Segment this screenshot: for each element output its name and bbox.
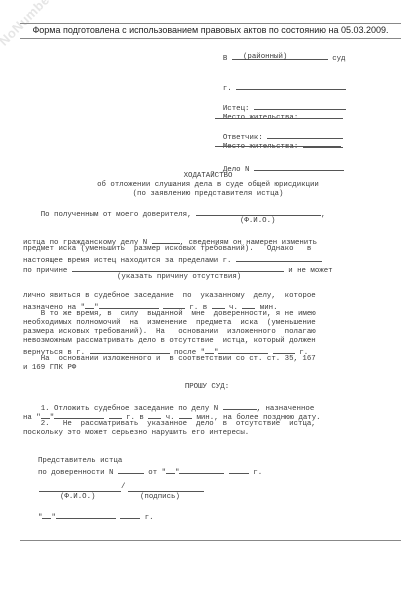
city-field: г.	[214, 72, 346, 94]
footer-divider	[20, 540, 401, 541]
request-item2-line2: поскольку это может серьезно нарушить ег…	[23, 429, 249, 439]
hearing-year-input[interactable]	[163, 301, 185, 309]
poa-month-input[interactable]	[179, 466, 224, 474]
civil-case-number-input[interactable]	[152, 236, 180, 244]
signature-hint: (подпись)	[140, 493, 180, 503]
request-month-input[interactable]	[54, 411, 104, 419]
court-hint: (районный)	[243, 53, 287, 63]
signer-fio-hint: (Ф.И.О.)	[60, 493, 95, 503]
signature-input[interactable]	[128, 491, 204, 492]
body-p1-line1: По полученным от моего доверителя, ,	[23, 208, 325, 221]
city-input[interactable]	[236, 82, 346, 90]
sign-year-input[interactable]	[120, 511, 140, 519]
sign-month-input[interactable]	[56, 511, 116, 519]
power-of-attorney-field: по доверенности N от "" г.	[38, 466, 262, 479]
request-year-input[interactable]	[109, 411, 122, 419]
request-minute-input[interactable]	[179, 411, 192, 419]
return-month-input[interactable]	[218, 346, 268, 354]
signature-date-field: "" г.	[38, 511, 154, 524]
hearing-day-input[interactable]	[85, 301, 94, 309]
fio-hint: (Ф.И.О.)	[240, 217, 275, 227]
request-hour-input[interactable]	[148, 411, 161, 419]
hearing-minute-input[interactable]	[242, 301, 255, 309]
form-notice: Форма подготовлена с использованием прав…	[20, 25, 401, 35]
request-case-number-input[interactable]	[223, 402, 257, 410]
request-heading: ПРОШУ СУД:	[0, 383, 420, 393]
request-day-input[interactable]	[41, 411, 50, 419]
hearing-hour-input[interactable]	[212, 301, 225, 309]
document-subtitle-2: (по заявлению представителя истца)	[0, 190, 420, 200]
poa-number-input[interactable]	[118, 466, 144, 474]
return-year-input[interactable]	[273, 346, 295, 354]
plaintiff-residence-line2[interactable]	[215, 118, 341, 119]
poa-year-input[interactable]	[229, 466, 249, 474]
absence-reason-input[interactable]	[72, 264, 284, 272]
signature-slash: /	[121, 483, 125, 493]
hearing-month-input[interactable]	[99, 301, 159, 309]
form-notice-bar: Форма подготовлена с использованием прав…	[20, 23, 401, 39]
defendant-residence-line2[interactable]	[215, 146, 341, 147]
plaintiff-location-input[interactable]	[236, 254, 322, 262]
signer-name-input[interactable]	[39, 491, 121, 492]
body-p4-line2: и 169 ГПК РФ	[23, 364, 76, 374]
principal-name-input[interactable]	[196, 208, 321, 216]
defendant-residence-field: Место жительства:	[214, 130, 343, 152]
poa-day-input[interactable]	[166, 466, 175, 474]
return-city-input[interactable]	[90, 346, 170, 354]
plaintiff-residence-field: Место жительства:	[214, 101, 343, 123]
reason-hint: (указать причину отсутствия)	[117, 273, 241, 283]
case-number-input[interactable]	[254, 163, 344, 171]
return-day-input[interactable]	[205, 346, 214, 354]
